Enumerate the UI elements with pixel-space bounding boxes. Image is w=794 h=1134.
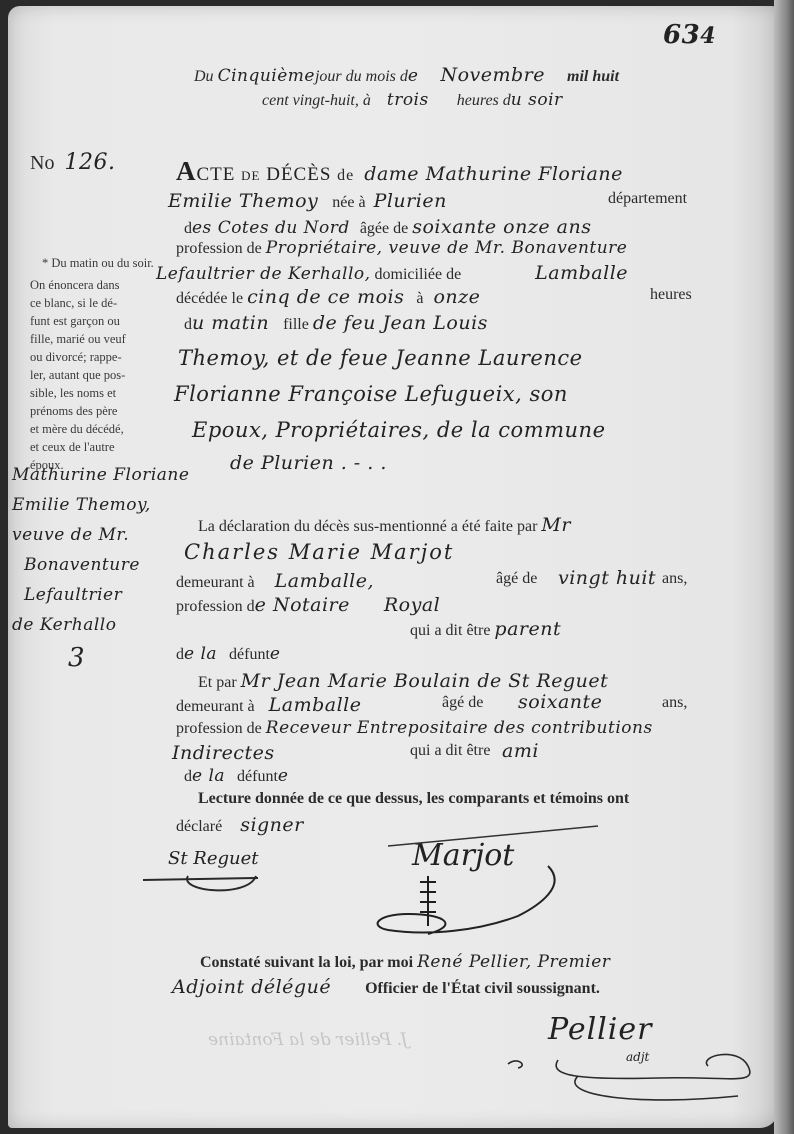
body-line-6: décédée le cinq de ce mois à onze heures xyxy=(176,286,480,308)
declarant-1-profession: profession de Notaire Royal xyxy=(176,594,440,616)
parents-line-4: de Plurien . - . . xyxy=(230,452,387,474)
declarant-1-name: Charles Marie Marjot xyxy=(184,540,454,564)
header-line-2: cent vingt-huit, à trois heures du soir xyxy=(262,90,563,110)
signature-flourish-left xyxy=(138,862,288,902)
body-line-7: du matin fille de feu Jean Louis xyxy=(184,312,488,334)
margin-instructions: * Du matin ou du soir. On énoncera dans … xyxy=(30,254,180,474)
parents-line-3: Epoux, Propriétaires, de la commune xyxy=(192,418,606,442)
declarant-2-defunt: de la défunte xyxy=(184,766,288,786)
register-page: 634 Du Cinquièmejour du mois de Novembre… xyxy=(8,6,778,1128)
act-number: No 126. xyxy=(30,150,115,175)
margin-name-handwritten: Mathurine Floriane Emilie Themoy, veuve … xyxy=(12,460,189,676)
margin-count: 3 xyxy=(12,640,189,676)
officer-line: Adjoint délégué Officier de l'État civil… xyxy=(172,976,600,998)
folio-number: 634 xyxy=(663,20,716,50)
bleed-through-text: J. Pellier de la Fontaine xyxy=(208,1030,408,1050)
lecture-statement: Lecture donnée de ce que dessus, les com… xyxy=(198,790,629,808)
declarant-1-residence: demeurant à Lamballe, âgé de vingt huit … xyxy=(176,570,374,592)
book-spine-edge xyxy=(774,0,794,1134)
declaration-intro: La déclaration du décès sus-mentionné a … xyxy=(198,514,571,536)
header-line-1: Du Cinquièmejour du mois de Novembre mil… xyxy=(194,64,619,86)
month-handwritten: Novembre xyxy=(440,64,545,86)
declare-line: déclaré signer xyxy=(176,814,304,836)
body-line-3: des Cotes du Nord âgée de soixante onze … xyxy=(184,216,591,238)
parents-line-1: Themoy, et de feue Jeanne Laurence xyxy=(178,346,583,370)
declarant-2-profession: profession de Receveur Entrepositaire de… xyxy=(176,718,653,738)
declarant-1-relation: qui a dit être parent xyxy=(410,618,561,640)
act-title: ACTE DE DÉCÈS de dame Mathurine Floriane xyxy=(176,156,623,187)
constate-line: Constaté suivant la loi, par moi René Pe… xyxy=(200,952,610,972)
declarant-2-residence: demeurant à Lamballe âgé de soixante ans… xyxy=(176,694,361,716)
parents-line-2: Florianne Françoise Lefugueix, son xyxy=(174,382,568,406)
signature-flourish-right xyxy=(368,826,628,946)
body-line-2: Emilie Themoy née à Plurien département xyxy=(168,190,447,212)
body-line-5: Lefaultrier de Kerhallo, domiciliée de L… xyxy=(156,262,628,284)
declarant-2-name: Et par Mr Jean Marie Boulain de St Regue… xyxy=(198,670,608,692)
declarant-2-relation: Indirectes qui a dit être ami xyxy=(172,742,275,764)
hour-handwritten: trois xyxy=(387,90,429,110)
signature-flourish-officer xyxy=(498,1036,768,1116)
declarant-1-defunt: de la défunte xyxy=(176,644,280,664)
deceased-name-hw: dame Mathurine Floriane xyxy=(364,163,623,185)
body-line-4: profession de Propriétaire, veuve de Mr.… xyxy=(176,238,627,258)
day-handwritten: Cinquième xyxy=(218,66,315,86)
instruction-lines: On énoncera dans ce blanc, si le dé- fun… xyxy=(30,276,180,474)
period-handwritten: u soir xyxy=(511,90,563,110)
